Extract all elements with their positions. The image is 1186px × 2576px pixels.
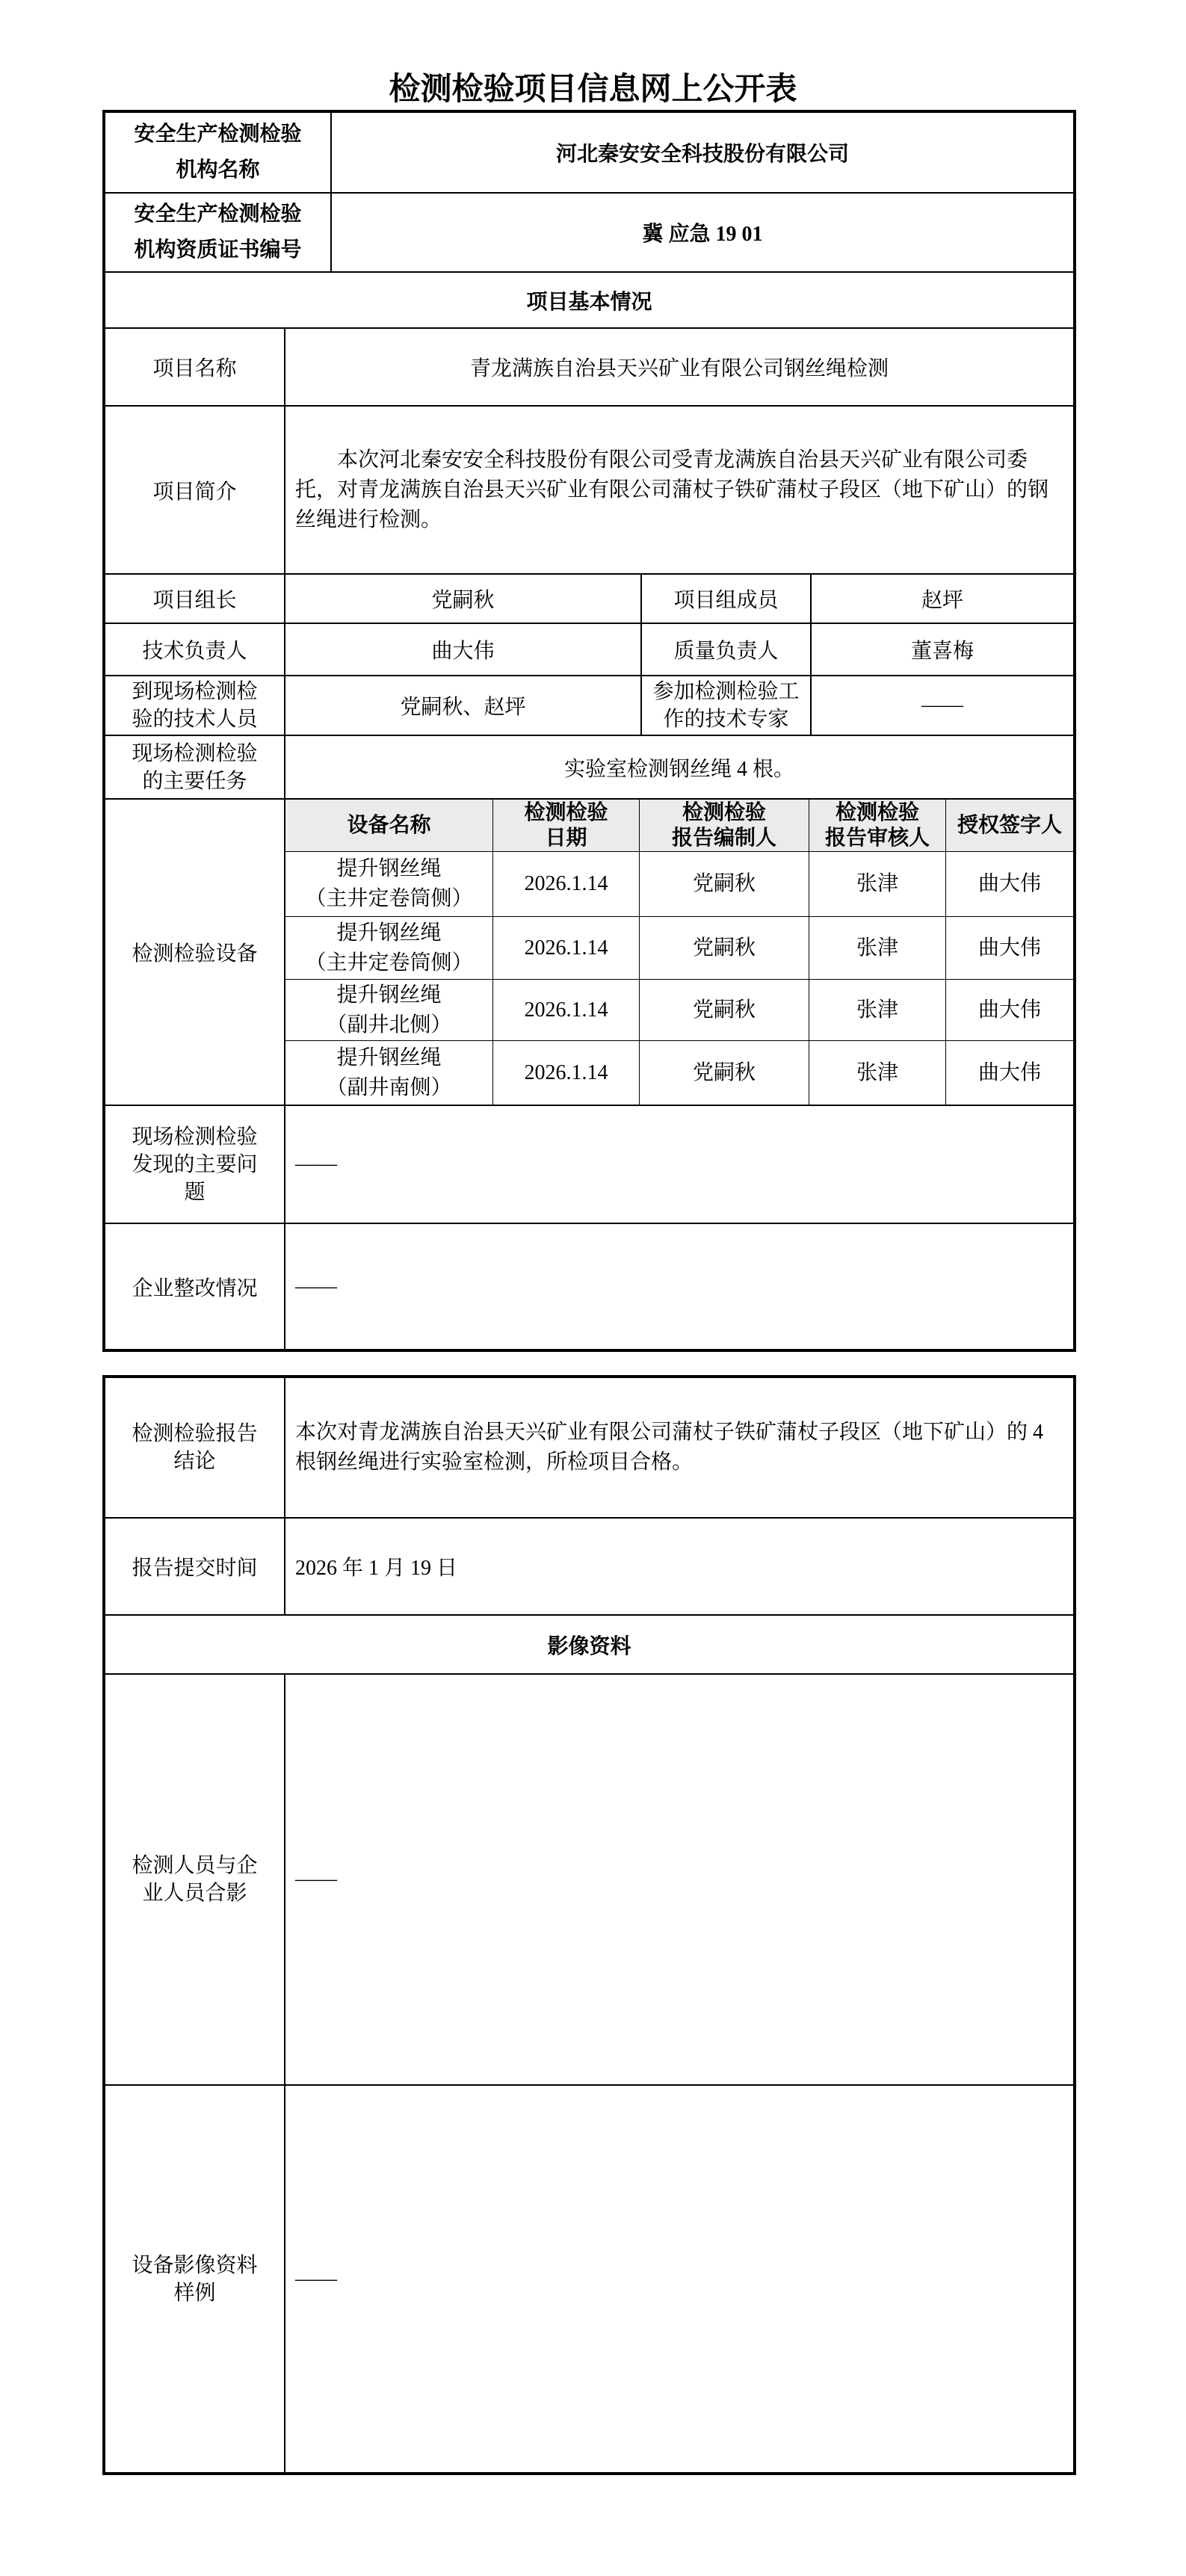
equipment-name: 提升钢丝绳 （主井定卷筒侧） [285,852,493,916]
equipment-header-row: 设备名称 检测检验 日期 检测检验 报告编制人 检测检验 报告审核人 授权签字人 [285,800,1073,852]
equipment-block-row: 检测检验设备 设备名称 检测检验 日期 检测检验 报告编制人 检测检验 报告审核… [105,800,1073,1106]
conclusion-text: 本次对青龙满族自治县天兴矿业有限公司蒲杖子铁矿蒲杖子段区（地下矿山）的 4 根钢… [295,1418,1061,1477]
equipment-table: 设备名称 检测检验 日期 检测检验 报告编制人 检测检验 报告审核人 授权签字人… [285,800,1073,1105]
cert-number-label: 安全生产检测检验 机构资质证书编号 [105,194,332,271]
group-photo-value: —— [285,1675,1073,2084]
main-task-label: 现场检测检验 的主要任务 [105,736,285,798]
equipment-sample-value: —— [285,2086,1073,2472]
conclusion-row: 检测检验报告 结论 本次对青龙满族自治县天兴矿业有限公司蒲杖子铁矿蒲杖子段区（地… [105,1378,1073,1519]
equipment-sample-label: 设备影像资料 样例 [105,2086,285,2472]
expert-value: —— [812,676,1073,735]
tech-lead-value: 曲大伟 [285,624,642,675]
main-task-value: 实验室检测钢丝绳 4 根。 [285,736,1073,798]
cert-number-row: 安全生产检测检验 机构资质证书编号 冀 应急 19 01 [105,194,1073,273]
project-name-label: 项目名称 [105,329,285,405]
project-name-value: 青龙满族自治县天兴矿业有限公司钢丝绳检测 [285,329,1073,405]
equipment-row-2: 提升钢丝绳 （主井定卷筒侧） 2026.1.14 党嗣秋 张津 曲大伟 [285,917,1073,980]
main-table: 安全生产检测检验 机构名称 河北秦安安全科技股份有限公司 安全生产检测检验 机构… [102,110,1076,1352]
group-photo-row: 检测人员与企 业人员合影 —— [105,1675,1073,2086]
equipment-signer: 曲大伟 [946,1041,1073,1105]
equipment-header-reviewer: 检测检验 报告审核人 [809,800,946,851]
equipment-compiler: 党嗣秋 [640,852,809,916]
equipment-compiler: 党嗣秋 [640,1041,809,1105]
issues-label: 现场检测检验 发现的主要问 题 [105,1106,285,1223]
onsite-staff-value: 党嗣秋、赵坪 [285,676,642,735]
project-intro-cell: 本次河北秦安安全科技股份有限公司受青龙满族自治县天兴矿业有限公司委托，对青龙满族… [285,407,1073,573]
org-name-value: 河北秦安安全科技股份有限公司 [332,113,1073,192]
submit-time-label: 报告提交时间 [105,1519,285,1614]
submit-time-row: 报告提交时间 2026 年 1 月 19 日 [105,1519,1073,1616]
equipment-row-label: 检测检验设备 [105,800,285,1105]
equipment-reviewer: 张津 [809,1041,946,1105]
equipment-header-signer: 授权签字人 [946,800,1073,851]
page-title: 检测检验项目信息网上公开表 [0,0,1186,106]
quality-lead-value: 董喜梅 [812,624,1073,675]
equipment-row-4: 提升钢丝绳 （副井南侧） 2026.1.14 党嗣秋 张津 曲大伟 [285,1041,1073,1105]
equipment-signer: 曲大伟 [946,980,1073,1040]
onsite-staff-row: 到现场检测检 验的技术人员 党嗣秋、赵坪 参加检测检验工 作的技术专家 —— [105,676,1073,736]
equipment-row-3: 提升钢丝绳 （副井北侧） 2026.1.14 党嗣秋 张津 曲大伟 [285,980,1073,1041]
members-label: 项目组成员 [642,575,812,623]
equipment-header-name: 设备名称 [285,800,493,851]
project-intro-label: 项目简介 [105,407,285,573]
members-value: 赵坪 [812,575,1073,623]
equipment-name: 提升钢丝绳 （副井北侧） [285,980,493,1040]
conclusion-label: 检测检验报告 结论 [105,1378,285,1517]
project-intro-row: 项目简介 本次河北秦安安全科技股份有限公司受青龙满族自治县天兴矿业有限公司委托，… [105,407,1073,575]
group-photo-label: 检测人员与企 业人员合影 [105,1675,285,2084]
media-section-row: 影像资料 [105,1616,1073,1675]
equipment-signer: 曲大伟 [946,917,1073,979]
expert-label: 参加检测检验工 作的技术专家 [642,676,812,735]
rectification-value: —— [285,1224,1073,1349]
equipment-reviewer: 张津 [809,852,946,916]
main-task-row: 现场检测检验 的主要任务 实验室检测钢丝绳 4 根。 [105,736,1073,800]
equipment-sample-row: 设备影像资料 样例 —— [105,2086,1073,2472]
basic-info-section-row: 项目基本情况 [105,273,1073,329]
project-name-row: 项目名称 青龙满族自治县天兴矿业有限公司钢丝绳检测 [105,329,1073,407]
tech-lead-label: 技术负责人 [105,624,285,675]
project-intro-text: 本次河北秦安安全科技股份有限公司受青龙满族自治县天兴矿业有限公司委托，对青龙满族… [295,445,1061,535]
basic-info-section-title: 项目基本情况 [105,273,1073,327]
equipment-reviewer: 张津 [809,917,946,979]
equipment-date: 2026.1.14 [493,852,640,916]
equipment-header-compiler: 检测检验 报告编制人 [640,800,809,851]
equipment-signer: 曲大伟 [946,852,1073,916]
onsite-staff-label: 到现场检测检 验的技术人员 [105,676,285,735]
equipment-date: 2026.1.14 [493,980,640,1040]
equipment-date: 2026.1.14 [493,1041,640,1105]
equipment-name: 提升钢丝绳 （副井南侧） [285,1041,493,1105]
org-name-row: 安全生产检测检验 机构名称 河北秦安安全科技股份有限公司 [105,113,1073,194]
org-name-label: 安全生产检测检验 机构名称 [105,113,332,192]
document-page: 检测检验项目信息网上公开表 安全生产检测检验 机构名称 河北秦安安全科技股份有限… [0,0,1186,2576]
equipment-date: 2026.1.14 [493,917,640,979]
rectification-row: 企业整改情况 —— [105,1224,1073,1349]
leader-value: 党嗣秋 [285,575,642,623]
equipment-name: 提升钢丝绳 （主井定卷筒侧） [285,917,493,979]
report-table: 检测检验报告 结论 本次对青龙满族自治县天兴矿业有限公司蒲杖子铁矿蒲杖子段区（地… [102,1375,1076,2475]
quality-lead-label: 质量负责人 [642,624,812,675]
rectification-label: 企业整改情况 [105,1224,285,1349]
equipment-reviewer: 张津 [809,980,946,1040]
issues-value: —— [285,1106,1073,1223]
equipment-header-date: 检测检验 日期 [493,800,640,851]
submit-time-value: 2026 年 1 月 19 日 [285,1519,1073,1614]
tech-lead-row: 技术负责人 曲大伟 质量负责人 董喜梅 [105,624,1073,676]
issues-row: 现场检测检验 发现的主要问 题 —— [105,1106,1073,1224]
leader-label: 项目组长 [105,575,285,623]
leader-row: 项目组长 党嗣秋 项目组成员 赵坪 [105,575,1073,624]
media-section-title: 影像资料 [105,1616,1073,1673]
equipment-compiler: 党嗣秋 [640,980,809,1040]
equipment-row-1: 提升钢丝绳 （主井定卷筒侧） 2026.1.14 党嗣秋 张津 曲大伟 [285,852,1073,917]
equipment-compiler: 党嗣秋 [640,917,809,979]
conclusion-cell: 本次对青龙满族自治县天兴矿业有限公司蒲杖子铁矿蒲杖子段区（地下矿山）的 4 根钢… [285,1378,1073,1517]
cert-number-value: 冀 应急 19 01 [332,194,1073,271]
